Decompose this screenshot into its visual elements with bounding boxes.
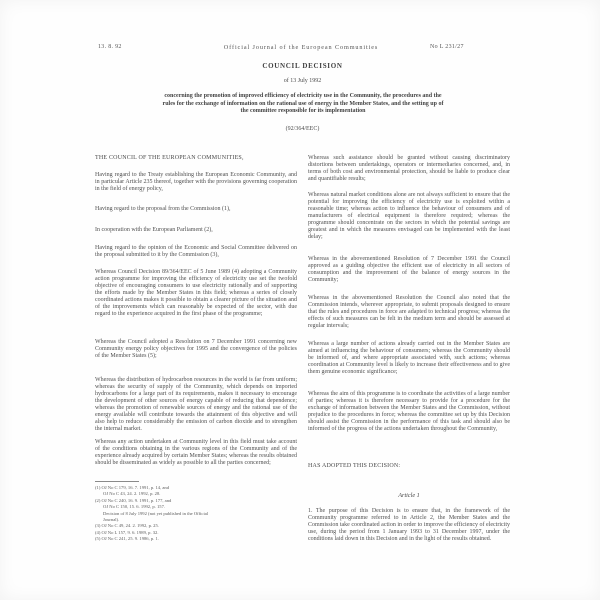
journal-title: Official Journal of the European Communi… xyxy=(146,44,456,51)
article-1-paragraph: 1. The purpose of this Decision is to en… xyxy=(308,508,510,543)
preamble-intro: THE COUNCIL OF THE EUROPEAN COMMUNITIES, xyxy=(95,155,297,162)
enacting-formula: HAS ADOPTED THIS DECISION: xyxy=(308,463,510,470)
footnotes-block: (1) OJ No C 179, 16. 7. 1991, p. 14, and… xyxy=(95,485,301,543)
page-reference: No L 231/27 xyxy=(430,44,464,50)
preamble-clause-treaty: Having regard to the Treaty establishing… xyxy=(95,172,297,193)
recital-paragraph: Whereas the Council adopted a Resolution… xyxy=(95,339,297,360)
recital-paragraph: Whereas a large number of actions alread… xyxy=(308,341,510,376)
recital-paragraph: Whereas Council Decision 89/364/EEC of 5… xyxy=(95,269,297,318)
header-date: 13. 8. 92 xyxy=(98,44,122,50)
recital-paragraph: Whereas the aim of this programme is to … xyxy=(308,391,510,433)
preamble-clause-esc-opinion: Having regard to the opinion of the Econ… xyxy=(95,245,297,259)
document-number: (92/364/EEC) xyxy=(100,126,505,132)
subtitle-line-2: rules for the exchange of information on… xyxy=(118,101,488,109)
recital-paragraph: Whereas any action undertaken at Communi… xyxy=(95,439,297,467)
document-page: 13. 8. 92 Official Journal of the Europe… xyxy=(0,0,600,600)
subtitle-line-3: the committee responsible for its implem… xyxy=(118,108,488,116)
footnote-line: (5) OJ No C 241, 25. 9. 1986, p. 1. xyxy=(95,536,301,542)
article-1-heading: Article 1 xyxy=(308,492,510,499)
document-date: of 13 July 1992 xyxy=(100,78,505,84)
recital-paragraph: Whereas such assistance should be grante… xyxy=(308,155,510,183)
recital-paragraph: Whereas the distribution of hydrocarbon … xyxy=(95,377,297,433)
document-type-title: COUNCIL DECISION xyxy=(100,62,505,70)
recital-paragraph: Whereas in the abovementioned Resolution… xyxy=(308,256,510,284)
subtitle-line-1: concerning the promotion of improved eff… xyxy=(118,93,488,101)
footnote-separator xyxy=(95,481,139,482)
recital-paragraph: Whereas natural market conditions alone … xyxy=(308,192,510,241)
preamble-clause-commission-proposal: Having regard to the proposal from the C… xyxy=(95,206,297,213)
recital-paragraph: Whereas in the abovementioned Resolution… xyxy=(308,295,510,330)
document-subtitle: concerning the promotion of improved eff… xyxy=(118,93,488,116)
preamble-clause-parliament: In cooperation with the European Parliam… xyxy=(95,227,297,234)
